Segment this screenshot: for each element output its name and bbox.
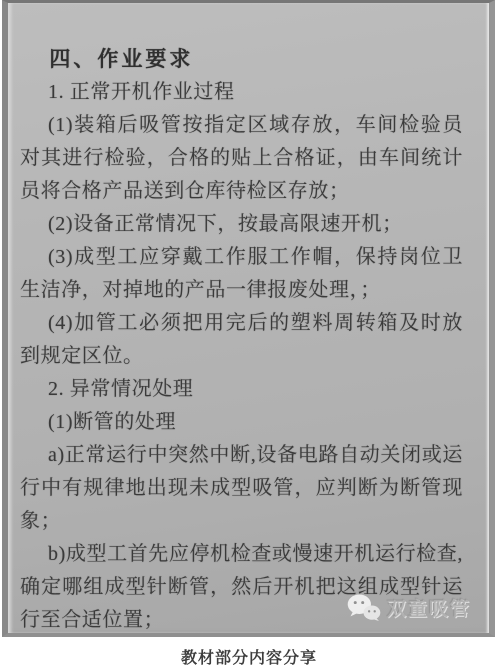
doc-paragraph: (2)设备正常情况下，按最高限速开机；: [20, 208, 463, 241]
doc-paragraph: (1)装箱后吸管按指定区域存放，车间检验员对其进行检验，合格的贴上合格证，由车间…: [20, 109, 463, 208]
doc-paragraph: 1. 正常开机作业过程: [20, 76, 463, 109]
page: 四、作业要求 1. 正常开机作业过程 (1)装箱后吸管按指定区域存放，车间检验员…: [0, 0, 498, 671]
photo-caption: 教材部分内容分享: [181, 645, 317, 668]
document-photo: 四、作业要求 1. 正常开机作业过程 (1)装箱后吸管按指定区域存放，车间检验员…: [0, 0, 498, 641]
doc-heading: 四、作业要求: [20, 43, 463, 76]
doc-paragraph: (3)成型工应穿戴工作服工作帽，保持岗位卫生洁净，对掉地的产品一律报废处理，；: [20, 241, 463, 307]
caption-bar: 教材部分内容分享: [0, 641, 498, 671]
wechat-icon: [347, 594, 381, 621]
doc-paragraph: b)成型工首先应停机检查或慢速开机运行检查,确定哪组成型针断管，然后开机把这组成…: [20, 538, 463, 637]
watermark-label: 双童吸管: [387, 594, 471, 621]
doc-paragraph: (4)加管工必须把用完后的塑料周转箱及时放到规定区位。: [20, 307, 463, 373]
paper: 四、作业要求 1. 正常开机作业过程 (1)装箱后吸管按指定区域存放，车间检验员…: [2, 0, 495, 637]
watermark: 双童吸管: [347, 594, 471, 621]
document-text: 四、作业要求 1. 正常开机作业过程 (1)装箱后吸管按指定区域存放，车间检验员…: [8, 3, 489, 633]
doc-paragraph: (1)断管的处理: [20, 406, 463, 439]
doc-paragraph: 2. 异常情况处理: [20, 373, 463, 406]
doc-paragraph: a)正常运行中突然中断,设备电路自动关闭或运行中有规律地出现未成型吸管，应判断为…: [20, 439, 463, 538]
